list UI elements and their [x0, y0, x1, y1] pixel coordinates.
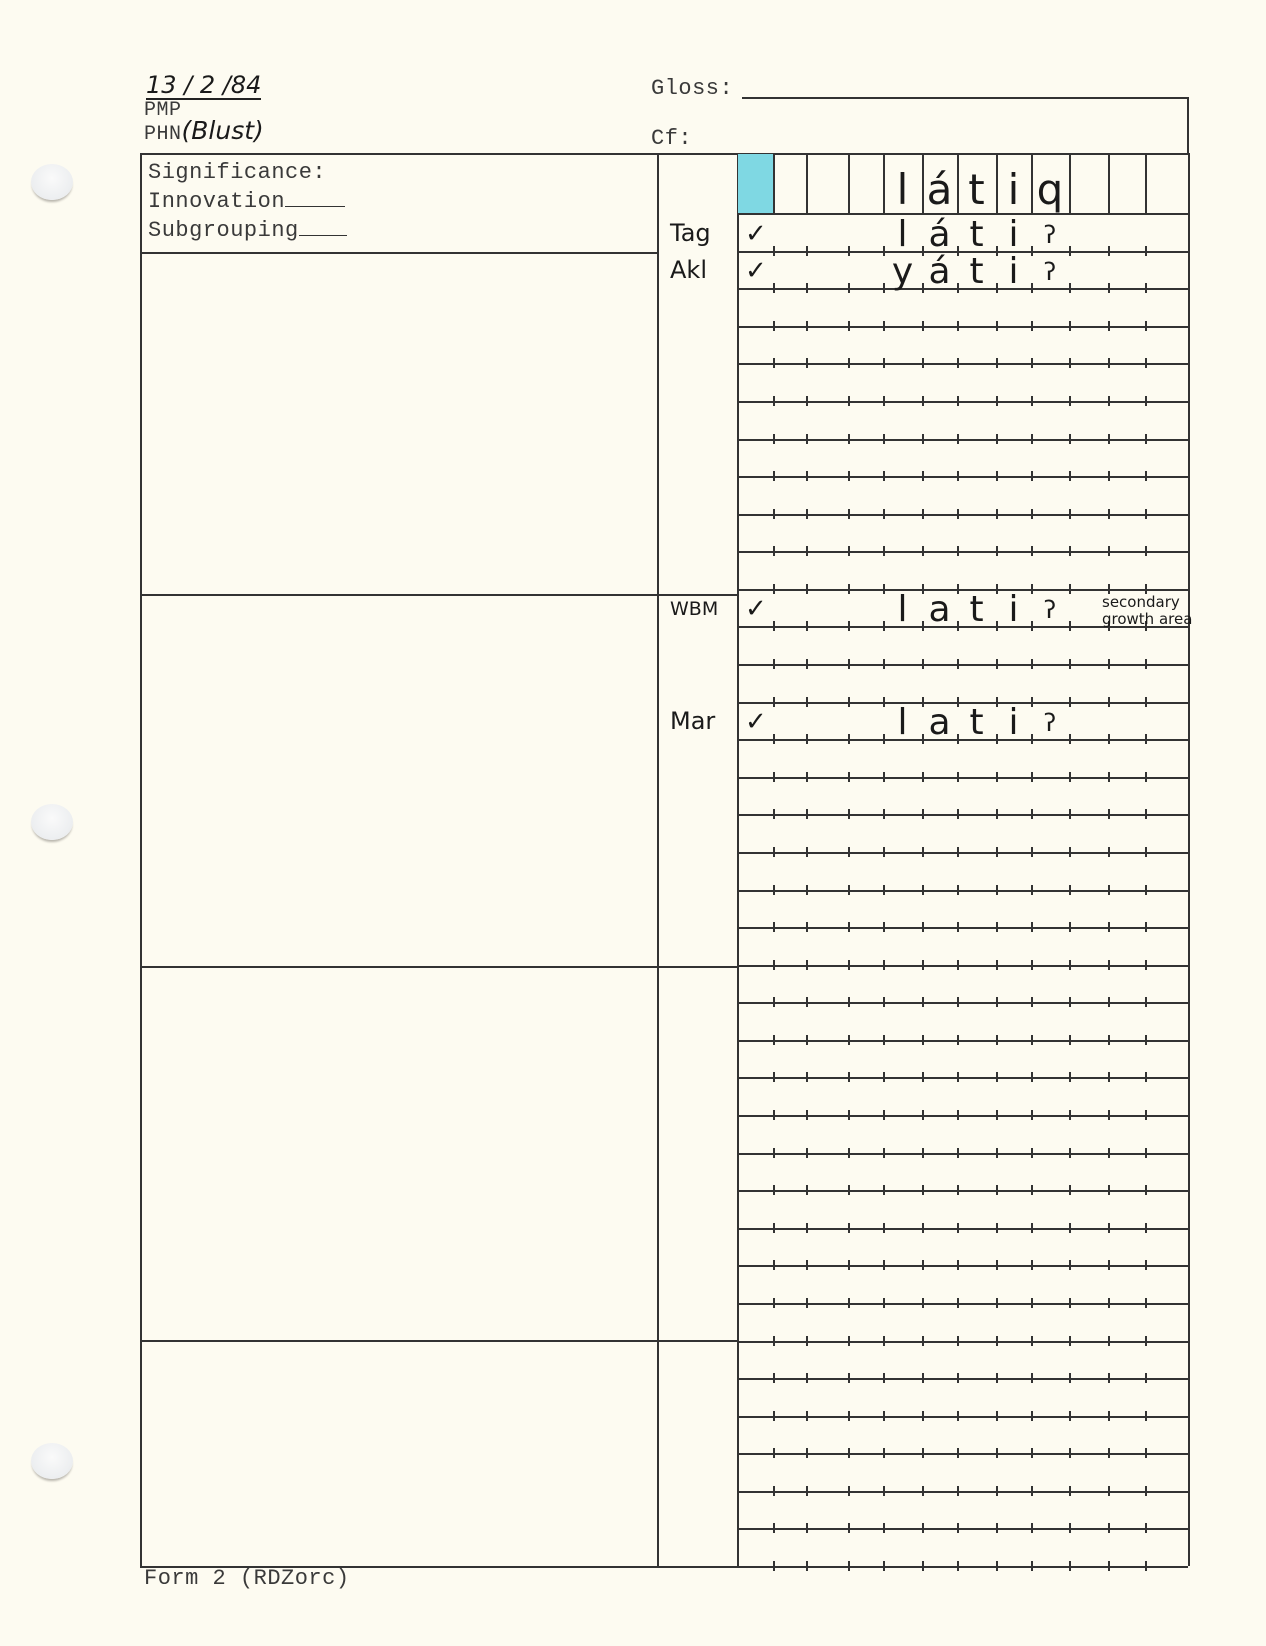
grid-tick	[957, 1223, 959, 1233]
grid-tick	[848, 396, 850, 406]
grid-tick	[883, 1448, 885, 1458]
grid-row-line	[737, 439, 1188, 441]
grid-row-line	[737, 1416, 1188, 1418]
grid-tick	[957, 1185, 959, 1195]
grid-tick	[1031, 922, 1033, 932]
grid-tick	[996, 1185, 998, 1195]
grid-tick	[848, 1260, 850, 1270]
grid-tick	[996, 434, 998, 444]
entry-segment: ʔ	[1031, 223, 1069, 247]
grid-tick	[848, 471, 850, 481]
reconstruction-segment: á	[922, 169, 957, 211]
grid-tick	[848, 697, 850, 707]
grid-tick	[883, 471, 885, 481]
grid-tick	[1108, 434, 1110, 444]
grid-tick	[1031, 809, 1033, 819]
grid-tick	[1145, 1373, 1147, 1383]
reconstruction-cell-divider	[1108, 153, 1110, 213]
grid-tick	[773, 1448, 775, 1458]
grid-tick	[1108, 283, 1110, 293]
grid-tick	[806, 621, 808, 631]
entry-segment: y	[883, 254, 922, 290]
grid-tick	[773, 847, 775, 857]
grid-tick	[806, 1411, 808, 1421]
grid-tick	[883, 1561, 885, 1571]
grid-tick	[1145, 734, 1147, 744]
grid-tick	[806, 734, 808, 744]
grid-tick	[806, 697, 808, 707]
grid-tick	[957, 1486, 959, 1496]
grid-tick	[922, 321, 924, 331]
grid-tick	[957, 1373, 959, 1383]
binder-hole	[31, 1443, 73, 1479]
grid-tick	[957, 847, 959, 857]
proto-language-phn-source: (Blust)	[182, 116, 264, 145]
grid-tick	[848, 1223, 850, 1233]
grid-tick	[848, 584, 850, 594]
grid-tick	[806, 584, 808, 594]
grid-tick	[1145, 1260, 1147, 1270]
grid-tick	[1069, 659, 1071, 669]
grid-tick	[922, 1373, 924, 1383]
grid-tick	[848, 1072, 850, 1082]
grid-tick	[1145, 246, 1147, 256]
grid-tick	[848, 1411, 850, 1421]
grid-tick	[996, 1110, 998, 1120]
grid-row-line	[737, 664, 1188, 666]
grid-tick	[1145, 471, 1147, 481]
grid-tick	[1031, 1523, 1033, 1533]
grid-tick	[848, 772, 850, 782]
gloss-field-underline	[742, 97, 1188, 99]
grid-tick	[773, 1298, 775, 1308]
grid-tick	[1145, 1523, 1147, 1533]
grid-tick	[957, 1298, 959, 1308]
grid-row-line	[737, 1378, 1188, 1380]
entry-segment: a	[922, 705, 957, 741]
grid-tick	[957, 396, 959, 406]
entry-segment: ʔ	[1031, 260, 1069, 284]
reconstruction-cell-divider	[848, 153, 850, 213]
grid-tick	[1145, 283, 1147, 293]
grid-tick	[922, 847, 924, 857]
grid-tick	[1145, 1035, 1147, 1045]
grid-tick	[1108, 1035, 1110, 1045]
grid-tick	[1108, 922, 1110, 932]
grid-tick	[806, 434, 808, 444]
grid-row-line	[737, 814, 1188, 816]
section-divider	[140, 966, 737, 968]
grid-tick	[922, 772, 924, 782]
grid-tick	[1031, 396, 1033, 406]
grid-tick	[883, 1035, 885, 1045]
entry-segment: t	[957, 254, 996, 290]
grid-tick	[1031, 697, 1033, 707]
grid-tick	[848, 809, 850, 819]
grid-tick	[1069, 358, 1071, 368]
grid-tick	[1145, 997, 1147, 1007]
grid-tick	[1108, 1448, 1110, 1458]
grid-tick	[1069, 546, 1071, 556]
grid-tick	[883, 1486, 885, 1496]
grid-tick	[1108, 809, 1110, 819]
grid-tick	[1145, 1185, 1147, 1195]
subgrouping-row: Subgrouping	[148, 215, 347, 244]
grid-tick	[1145, 772, 1147, 782]
grid-tick	[883, 358, 885, 368]
grid-tick	[848, 546, 850, 556]
grid-tick	[922, 885, 924, 895]
grid-row-line	[737, 514, 1188, 516]
grid-tick	[1031, 1561, 1033, 1571]
grid-tick	[1108, 321, 1110, 331]
grid-tick	[1031, 1185, 1033, 1195]
grid-tick	[1108, 509, 1110, 519]
grid-tick	[806, 283, 808, 293]
grid-tick	[957, 1411, 959, 1421]
grid-tick	[1069, 246, 1071, 256]
grid-tick	[1069, 1148, 1071, 1158]
grid-tick	[1069, 960, 1071, 970]
grid-tick	[1145, 358, 1147, 368]
grid-tick	[883, 997, 885, 1007]
grid-tick	[806, 1523, 808, 1533]
grid-tick	[922, 509, 924, 519]
language-label: Mar	[670, 707, 715, 735]
grid-row-line	[737, 1453, 1188, 1455]
grid-tick	[922, 1486, 924, 1496]
grid-tick	[1069, 321, 1071, 331]
grid-tick	[1031, 847, 1033, 857]
grid-tick	[1031, 772, 1033, 782]
grid-tick	[773, 1486, 775, 1496]
grid-tick	[848, 1298, 850, 1308]
innovation-field[interactable]	[285, 186, 345, 207]
grid-row-line	[737, 1228, 1188, 1230]
grid-tick	[1108, 1223, 1110, 1233]
grid-tick	[1069, 1072, 1071, 1082]
grid-row-line	[737, 363, 1188, 365]
subgrouping-field[interactable]	[299, 215, 347, 236]
entry-segment: i	[996, 592, 1031, 628]
grid-tick	[883, 1336, 885, 1346]
grid-tick	[806, 1448, 808, 1458]
grid-tick	[957, 772, 959, 782]
grid-tick	[883, 509, 885, 519]
grid-tick	[1031, 546, 1033, 556]
grid-tick	[883, 1185, 885, 1195]
grid-tick	[773, 283, 775, 293]
grid-tick	[1145, 1561, 1147, 1571]
grid-row-line	[737, 1303, 1188, 1305]
grid-tick	[806, 1298, 808, 1308]
grid-tick	[773, 509, 775, 519]
grid-tick	[922, 1523, 924, 1533]
grid-tick	[883, 1072, 885, 1082]
grid-tick	[996, 1373, 998, 1383]
grid-tick	[922, 1110, 924, 1120]
grid-tick	[996, 1448, 998, 1458]
grid-tick	[806, 847, 808, 857]
grid-row-line	[737, 1528, 1188, 1530]
grid-tick	[806, 960, 808, 970]
grid-tick	[922, 1561, 924, 1571]
grid-tick	[1145, 1448, 1147, 1458]
significance-title: Significance:	[148, 160, 347, 186]
grid-tick	[773, 1523, 775, 1533]
grid-tick	[773, 809, 775, 819]
grid-tick	[996, 997, 998, 1007]
grid-tick	[922, 1223, 924, 1233]
grid-tick	[883, 1110, 885, 1120]
grid-tick	[1031, 1223, 1033, 1233]
grid-tick	[1108, 697, 1110, 707]
grid-tick	[957, 434, 959, 444]
grid-tick	[1069, 997, 1071, 1007]
entry-segment: t	[957, 705, 996, 741]
grid-tick	[883, 546, 885, 556]
grid-tick	[1108, 734, 1110, 744]
grid-tick	[773, 396, 775, 406]
proto-language-phn: PHN(Blust)	[144, 118, 264, 148]
grid-tick	[922, 1336, 924, 1346]
grid-tick	[1108, 997, 1110, 1007]
grid-tick	[1069, 922, 1071, 932]
grid-tick	[848, 1336, 850, 1346]
grid-tick	[773, 1411, 775, 1421]
grid-row-line	[737, 1190, 1188, 1192]
grid-tick	[1069, 1411, 1071, 1421]
date-field[interactable]: 13 / 2 /84	[146, 72, 261, 100]
grid-tick	[1069, 1223, 1071, 1233]
reconstruction-cell-divider	[806, 153, 808, 213]
grid-tick	[806, 1035, 808, 1045]
grid-tick	[1108, 847, 1110, 857]
grid-tick	[806, 1260, 808, 1270]
grid-tick	[848, 1561, 850, 1571]
grid-tick	[883, 922, 885, 932]
grid-tick	[1069, 1185, 1071, 1195]
grid-tick	[1108, 1373, 1110, 1383]
entry-segment: ʔ	[1031, 711, 1069, 735]
grid-tick	[996, 546, 998, 556]
grid-row-line	[737, 965, 1188, 967]
grid-tick	[996, 1523, 998, 1533]
grid-tick	[922, 434, 924, 444]
entry-note: secondary growth area	[1102, 594, 1222, 628]
grid-tick	[922, 1260, 924, 1270]
entry-segment: l	[883, 592, 922, 628]
grid-tick	[996, 1298, 998, 1308]
grid-tick	[1031, 1260, 1033, 1270]
grid-tick	[1108, 358, 1110, 368]
grid-tick	[1108, 1110, 1110, 1120]
grid-tick	[1069, 885, 1071, 895]
grid-tick	[957, 546, 959, 556]
grid-tick	[806, 1373, 808, 1383]
entry-segment: l	[883, 217, 922, 253]
grid-tick	[1145, 1486, 1147, 1496]
subgrouping-label: Subgrouping	[148, 218, 299, 243]
grid-row-line	[737, 326, 1188, 328]
grid-tick	[1069, 509, 1071, 519]
grid-tick	[957, 1561, 959, 1571]
grid-tick	[1031, 1373, 1033, 1383]
grid-tick	[1145, 1223, 1147, 1233]
grid-tick	[773, 1035, 775, 1045]
binder-hole	[31, 804, 73, 840]
reconstruction-segment: q	[1031, 169, 1069, 211]
grid-tick	[1069, 471, 1071, 481]
grid-tick	[1031, 1448, 1033, 1458]
grid-tick	[922, 1072, 924, 1082]
grid-tick	[922, 358, 924, 368]
grid-row-line	[737, 401, 1188, 403]
grid-tick	[922, 396, 924, 406]
grid-tick	[883, 809, 885, 819]
grid-tick	[1108, 1260, 1110, 1270]
grid-tick	[996, 960, 998, 970]
grid-tick	[996, 1411, 998, 1421]
grid-tick	[1069, 697, 1071, 707]
grid-tick	[957, 1260, 959, 1270]
grid-tick	[922, 659, 924, 669]
grid-tick	[1108, 772, 1110, 782]
grid-tick	[922, 1035, 924, 1045]
grid-tick	[1145, 885, 1147, 895]
grid-tick	[1108, 1298, 1110, 1308]
grid-tick	[1145, 1298, 1147, 1308]
grid-tick	[806, 321, 808, 331]
grid-tick	[996, 847, 998, 857]
grid-tick	[957, 997, 959, 1007]
form-border-left	[140, 153, 142, 1566]
grid-tick	[1108, 1561, 1110, 1571]
grid-tick	[773, 546, 775, 556]
grid-tick	[848, 997, 850, 1007]
column-divider-grid	[737, 153, 739, 1566]
grid-tick	[848, 847, 850, 857]
grid-tick	[806, 1185, 808, 1195]
grid-tick	[957, 885, 959, 895]
grid-tick	[1145, 960, 1147, 970]
grid-tick	[1145, 1336, 1147, 1346]
grid-tick	[1069, 1523, 1071, 1533]
grid-tick	[957, 922, 959, 932]
entry-segment: á	[922, 217, 957, 253]
entry-segment: t	[957, 592, 996, 628]
grid-tick	[922, 1148, 924, 1158]
grid-tick	[996, 1260, 998, 1270]
grid-tick	[806, 772, 808, 782]
grid-tick	[848, 1486, 850, 1496]
entry-segment: á	[922, 254, 957, 290]
grid-tick	[1031, 1110, 1033, 1120]
grid-tick	[848, 434, 850, 444]
grid-row-line	[737, 1341, 1188, 1343]
reconstruction-cell-divider	[1145, 153, 1147, 213]
grid-tick	[1031, 434, 1033, 444]
grid-tick	[883, 659, 885, 669]
grid-tick	[806, 1561, 808, 1571]
grid-tick	[996, 1336, 998, 1346]
grid-tick	[1069, 1561, 1071, 1571]
grid-tick	[1145, 546, 1147, 556]
grid-tick	[1108, 1523, 1110, 1533]
grid-tick	[773, 1223, 775, 1233]
grid-tick	[883, 321, 885, 331]
language-label: WBM	[670, 598, 718, 620]
grid-tick	[1069, 283, 1071, 293]
significance-divider	[140, 252, 657, 254]
grid-tick	[773, 246, 775, 256]
grid-tick	[1145, 1110, 1147, 1120]
grid-row-line	[737, 551, 1188, 553]
grid-tick	[806, 922, 808, 932]
grid-tick	[773, 1336, 775, 1346]
grid-tick	[957, 659, 959, 669]
grid-tick	[957, 960, 959, 970]
grid-tick	[996, 396, 998, 406]
entry-segment: i	[996, 705, 1031, 741]
grid-tick	[773, 1072, 775, 1082]
grid-row-line	[737, 1153, 1188, 1155]
grid-tick	[1069, 584, 1071, 594]
grid-tick	[922, 922, 924, 932]
grid-tick	[996, 659, 998, 669]
grid-tick	[806, 546, 808, 556]
grid-tick	[848, 1523, 850, 1533]
grid-tick	[1145, 1411, 1147, 1421]
grid-tick	[773, 922, 775, 932]
grid-tick	[1108, 885, 1110, 895]
grid-tick	[806, 1486, 808, 1496]
grid-tick	[957, 1148, 959, 1158]
grid-tick	[1069, 809, 1071, 819]
grid-tick	[806, 471, 808, 481]
grid-tick	[1069, 1298, 1071, 1308]
entry-segment: t	[957, 217, 996, 253]
gloss-box-border	[1187, 97, 1189, 153]
grid-row-line	[737, 1077, 1188, 1079]
grid-tick	[1031, 471, 1033, 481]
grid-tick	[1069, 1336, 1071, 1346]
grid-tick	[1108, 396, 1110, 406]
grid-tick	[957, 1336, 959, 1346]
grid-tick	[883, 1373, 885, 1383]
grid-tick	[773, 885, 775, 895]
grid-tick	[996, 809, 998, 819]
grid-tick	[1145, 1072, 1147, 1082]
grid-tick	[848, 1448, 850, 1458]
grid-tick	[806, 509, 808, 519]
grid-tick	[1031, 734, 1033, 744]
reconstruction-row-bottom	[737, 213, 1188, 215]
grid-tick	[996, 885, 998, 895]
grid-tick	[883, 396, 885, 406]
grid-tick	[883, 434, 885, 444]
reconstruction-segment: i	[996, 169, 1031, 211]
grid-tick	[883, 1298, 885, 1308]
grid-tick	[1108, 659, 1110, 669]
grid-tick	[773, 659, 775, 669]
grid-tick	[1145, 396, 1147, 406]
check-mark-icon: ✓	[745, 219, 767, 249]
reconstruction-cell-divider	[773, 153, 775, 213]
grid-row-line	[737, 1115, 1188, 1117]
grid-tick	[773, 321, 775, 331]
grid-tick	[1108, 471, 1110, 481]
